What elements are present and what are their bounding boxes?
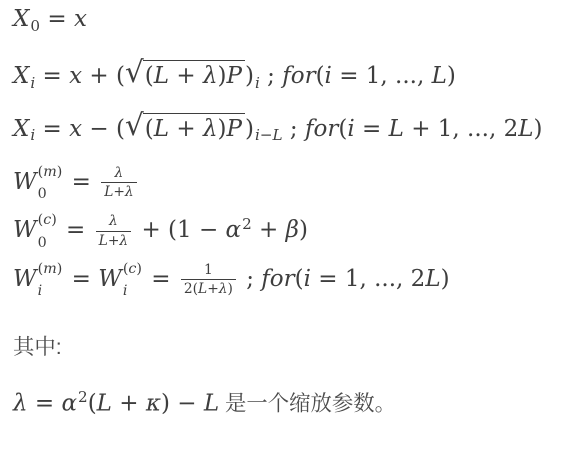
formula-xi-plus: Xi = x + (√(L + λ)P)i ; for(i = 1, ..., …	[13, 57, 575, 92]
math-supsub: (m)i	[37, 262, 63, 298]
math-superscript: (m)	[38, 262, 63, 276]
math-variable: x	[69, 63, 82, 89]
math-superscript: 2	[77, 388, 88, 406]
math-variable: L	[425, 266, 440, 292]
math-variable: L	[99, 233, 108, 249]
math-variable: α	[226, 218, 242, 244]
fraction-denominator: L+λ	[101, 182, 136, 201]
math-subscript: 0	[29, 17, 40, 35]
math-variable: W	[13, 218, 37, 244]
math-variable: X	[13, 116, 29, 142]
math-symbol: )	[51, 212, 57, 228]
math-symbol: )	[57, 164, 63, 180]
math-symbol: =	[59, 218, 93, 244]
radical-sign-icon: √	[125, 109, 144, 143]
math-supsub: (c)i	[122, 262, 142, 298]
math-variable: λ	[203, 116, 218, 142]
math-subscript: i−L	[254, 126, 283, 144]
math-fraction: λL+λ	[96, 213, 131, 249]
math-symbol: =	[40, 6, 74, 32]
math-variable: for	[282, 63, 315, 89]
math-symbol: −	[260, 126, 273, 144]
math-symbol: + (1 −	[134, 218, 225, 244]
cjk-text: 其中:	[13, 335, 62, 359]
math-variable: X	[13, 6, 29, 32]
formula-x0: X0 = x	[13, 6, 575, 35]
math-variable: L	[198, 281, 207, 297]
math-symbol: 0	[38, 186, 47, 202]
formula-w0-cov: W(c)0 = λL+λ + (1 − α2 + β)	[13, 213, 575, 249]
math-symbol: =	[64, 266, 98, 292]
math-variable: L	[389, 116, 404, 142]
formula-lambda-definition: λ = α2(L + κ) − L 是一个缩放参数。	[13, 389, 575, 417]
radicand: (L + λ)P	[143, 60, 245, 89]
math-symbol: (	[145, 63, 154, 89]
math-symbol: ;	[260, 63, 282, 89]
math-variable: i	[325, 63, 332, 89]
math-symbol: +	[207, 281, 219, 297]
math-variable: λ	[13, 390, 28, 416]
math-symbol: =	[35, 63, 69, 89]
math-symbol: 0	[30, 17, 40, 35]
math-variable: λ	[203, 63, 218, 89]
math-symbol: ) −	[161, 390, 204, 416]
math-symbol: )	[245, 63, 254, 89]
math-variable: m	[43, 164, 57, 180]
article-content: X0 = x Xi = x + (√(L + λ)P)i ; for(i = 1…	[0, 0, 579, 452]
math-symbol: 1	[204, 262, 213, 278]
cjk-text: 是一个缩放参数。	[219, 391, 396, 415]
radical-sign-icon: √	[125, 56, 144, 90]
math-variable: L	[204, 390, 219, 416]
text-where: 其中:	[13, 334, 575, 360]
math-variable: W	[13, 266, 37, 292]
math-variable: for	[305, 116, 338, 142]
math-variable: L	[154, 116, 169, 142]
math-symbol: +	[112, 390, 146, 416]
math-symbol: )	[441, 266, 450, 292]
fraction-numerator: λ	[112, 165, 127, 182]
math-superscript: (c)	[123, 262, 142, 276]
fraction-denominator: L+λ	[96, 231, 131, 250]
math-variable: m	[43, 261, 57, 277]
formula-w0-mean: W(m)0 = λL+λ	[13, 165, 575, 201]
math-symbol: ;	[239, 266, 261, 292]
math-variable: λ	[125, 184, 134, 200]
math-superscript: 2	[241, 215, 252, 233]
math-symbol: )	[245, 116, 254, 142]
math-variable: λ	[115, 165, 124, 181]
math-symbol: +	[113, 184, 125, 200]
math-variable: α	[61, 390, 77, 416]
math-variable: x	[74, 6, 87, 32]
math-symbol: = 1, ..., 2	[311, 266, 425, 292]
math-subscript: 0	[38, 187, 47, 201]
math-variable: L	[432, 63, 447, 89]
math-variable: λ	[219, 281, 228, 297]
math-supsub: (c)0	[37, 213, 57, 249]
math-symbol: =	[64, 169, 98, 195]
math-symbol: +	[108, 233, 120, 249]
math-variable: L	[518, 116, 533, 142]
math-variable: κ	[146, 390, 161, 416]
math-symbol: )	[218, 63, 227, 89]
math-symbol: =	[28, 390, 62, 416]
math-sqrt: √(L + λ)P	[125, 57, 245, 91]
math-superscript: (c)	[38, 213, 57, 227]
math-subscript: i	[38, 284, 43, 298]
math-symbol: 2	[242, 215, 252, 233]
math-symbol: 2	[78, 388, 88, 406]
radicand: (L + λ)P	[143, 113, 245, 142]
math-variable: L	[104, 184, 113, 200]
math-variable: i	[304, 266, 311, 292]
math-variable: P	[227, 116, 242, 142]
math-variable: P	[227, 63, 242, 89]
math-variable: L	[97, 390, 112, 416]
math-variable: for	[261, 266, 294, 292]
math-symbol: =	[355, 116, 389, 142]
math-fraction: λL+λ	[101, 165, 136, 201]
math-symbol: + 1, ..., 2	[404, 116, 518, 142]
math-symbol: =	[35, 116, 69, 142]
math-symbol: (	[295, 266, 304, 292]
math-variable: λ	[119, 233, 128, 249]
math-symbol: =	[144, 266, 178, 292]
math-variable: X	[13, 63, 29, 89]
math-symbol: )	[534, 116, 543, 142]
math-variable: λ	[109, 213, 118, 229]
math-variable: x	[69, 116, 82, 142]
math-symbol: )	[228, 281, 233, 297]
math-symbol: )	[447, 63, 456, 89]
math-variable: W	[98, 266, 122, 292]
math-symbol: (	[145, 116, 154, 142]
math-symbol: )	[299, 218, 308, 244]
math-variable: i	[347, 116, 354, 142]
math-symbol: (	[338, 116, 347, 142]
math-symbol: )	[218, 116, 227, 142]
math-variable: i	[123, 283, 128, 299]
math-superscript: (m)	[38, 165, 63, 179]
math-symbol: ;	[283, 116, 305, 142]
math-symbol: (	[88, 390, 97, 416]
fraction-numerator: 1	[201, 262, 216, 279]
math-symbol: )	[136, 261, 142, 277]
math-symbol: − (	[82, 116, 125, 142]
math-subscript: i	[123, 284, 128, 298]
math-variable: β	[286, 218, 299, 244]
math-subscript: 0	[38, 236, 47, 250]
math-variable: c	[43, 212, 51, 228]
formula-wi: W(m)i = W(c)i = 12(L+λ) ; for(i = 1, ...…	[13, 262, 575, 298]
math-variable: i	[38, 283, 43, 299]
math-symbol: +	[169, 63, 203, 89]
math-supsub: (m)0	[37, 165, 63, 201]
math-symbol: 2(	[184, 281, 198, 297]
math-variable: L	[273, 126, 283, 144]
math-symbol: = 1, ...,	[332, 63, 432, 89]
fraction-denominator: 2(L+λ)	[181, 279, 236, 298]
math-symbol: +	[169, 116, 203, 142]
math-symbol: +	[252, 218, 286, 244]
formula-xi-minus: Xi = x − (√(L + λ)P)i−L ; for(i = L + 1,…	[13, 110, 575, 145]
math-variable: W	[13, 169, 37, 195]
math-fraction: 12(L+λ)	[181, 262, 236, 298]
math-symbol: + (	[82, 63, 125, 89]
math-symbol: )	[57, 261, 63, 277]
math-symbol: 0	[38, 235, 47, 251]
math-sqrt: √(L + λ)P	[125, 110, 245, 144]
math-variable: L	[154, 63, 169, 89]
math-symbol: (	[316, 63, 325, 89]
fraction-numerator: λ	[106, 213, 121, 230]
